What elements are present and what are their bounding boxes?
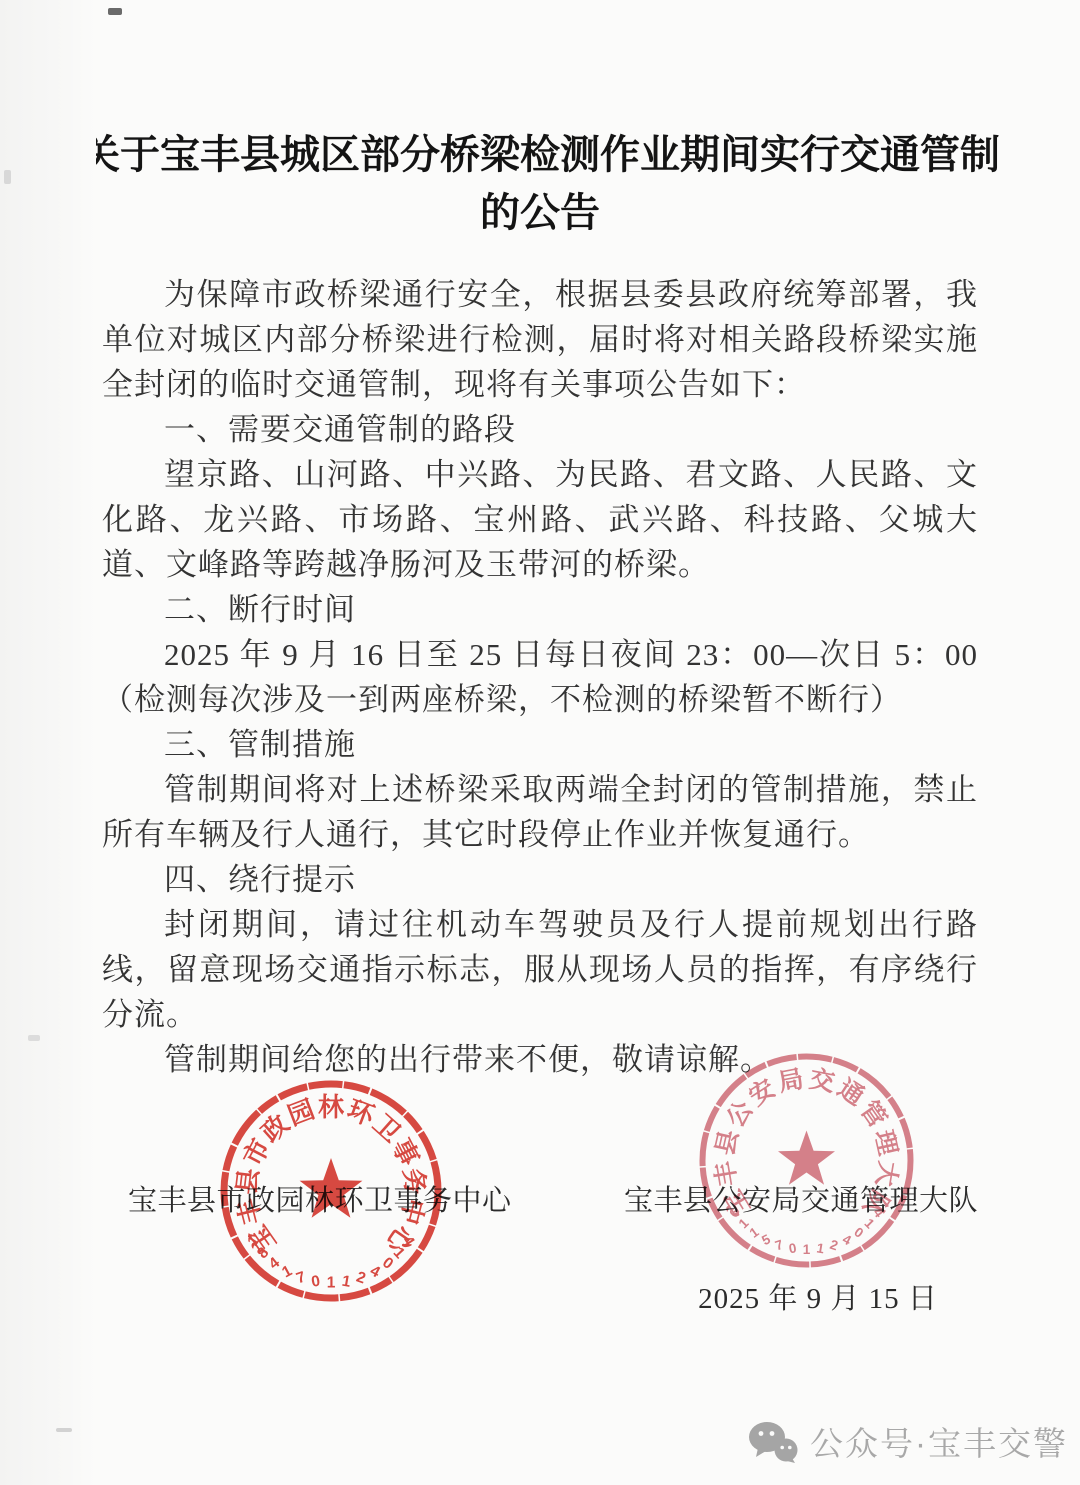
- paragraph-measures: 管制期间将对上述桥梁采取两端全封闭的管制措施，禁止所有车辆及行人通行，其它时段停…: [102, 767, 978, 857]
- svg-text:林: 林: [318, 1092, 345, 1122]
- svg-text:1: 1: [279, 1262, 295, 1281]
- heading-section-2: 二、断行时间: [102, 587, 978, 632]
- svg-text:5: 5: [759, 1231, 773, 1248]
- svg-text:7: 7: [294, 1269, 308, 1288]
- svg-text:理: 理: [869, 1127, 902, 1159]
- left-official-seal: 宝丰县市政园林环卫事务中心4104211071481: [216, 1076, 446, 1306]
- notice-title-line2: 的公告: [60, 184, 1020, 242]
- svg-text:4: 4: [367, 1262, 383, 1281]
- scan-artifact: [56, 1428, 72, 1432]
- notice-title-line1: 关于宝丰县城区部分桥梁检测作业期间实行交通管制: [60, 126, 1020, 184]
- notice-title: 关于宝丰县城区部分桥梁检测作业期间实行交通管制 的公告: [60, 126, 1020, 242]
- wechat-account-label: 公众号·宝丰交警: [810, 1418, 1068, 1465]
- wechat-watermark: 公众号·宝丰交警: [748, 1418, 1068, 1465]
- svg-text:安: 安: [744, 1074, 780, 1111]
- paragraph-intro: 为保障市政桥梁通行安全，根据县委县政府统筹部署，我单位对城区内部分桥梁进行检测，…: [102, 272, 978, 407]
- svg-text:2: 2: [828, 1237, 840, 1254]
- heading-section-4: 四、绕行提示: [102, 857, 978, 902]
- svg-text:县: 县: [711, 1127, 744, 1158]
- heading-section-3: 三、管制措施: [102, 722, 978, 767]
- svg-text:4: 4: [840, 1231, 854, 1248]
- svg-text:1: 1: [327, 1275, 336, 1292]
- right-official-seal: 宝丰县公安局交通管理大队4104211075116: [694, 1048, 919, 1273]
- svg-text:2: 2: [354, 1269, 368, 1288]
- scan-artifact: [4, 170, 11, 184]
- svg-text:0: 0: [310, 1273, 321, 1291]
- svg-text:1: 1: [341, 1273, 353, 1291]
- svg-text:1: 1: [816, 1240, 826, 1256]
- svg-text:0: 0: [379, 1254, 396, 1273]
- notice-date: 2025 年 9 月 15 日: [648, 1276, 988, 1317]
- svg-text:丰: 丰: [232, 1195, 267, 1228]
- notice-body: 为保障市政桥梁通行安全，根据县委县政府统筹部署，我单位对城区内部分桥梁进行检测，…: [0, 242, 1080, 1082]
- paragraph-roads: 望京路、山河路、中兴路、为民路、君文路、人民路、文化路、龙兴路、市场路、宝州路、…: [102, 452, 978, 587]
- svg-text:0: 0: [851, 1224, 866, 1241]
- svg-text:交: 交: [807, 1065, 837, 1097]
- svg-text:7: 7: [773, 1237, 785, 1254]
- svg-text:县: 县: [231, 1167, 264, 1196]
- svg-text:局: 局: [776, 1065, 806, 1097]
- scan-artifact: [108, 8, 122, 15]
- heading-section-1: 一、需要交通管制的路段: [102, 407, 978, 452]
- paragraph-times: 2025 年 9 月 16 日至 25 日每日夜间 23：00—次日 5：00（…: [102, 632, 978, 722]
- paragraph-detour: 封闭期间，请过往机动车驾驶员及行人提前规划出行路线，留意现场交通指示标志，服从现…: [102, 902, 978, 1037]
- svg-text:务: 务: [398, 1167, 431, 1196]
- svg-text:丰: 丰: [711, 1159, 743, 1188]
- svg-text:大: 大: [871, 1159, 903, 1188]
- svg-text:0: 0: [788, 1240, 798, 1256]
- wechat-icon: [748, 1421, 798, 1463]
- svg-text:1: 1: [803, 1242, 811, 1257]
